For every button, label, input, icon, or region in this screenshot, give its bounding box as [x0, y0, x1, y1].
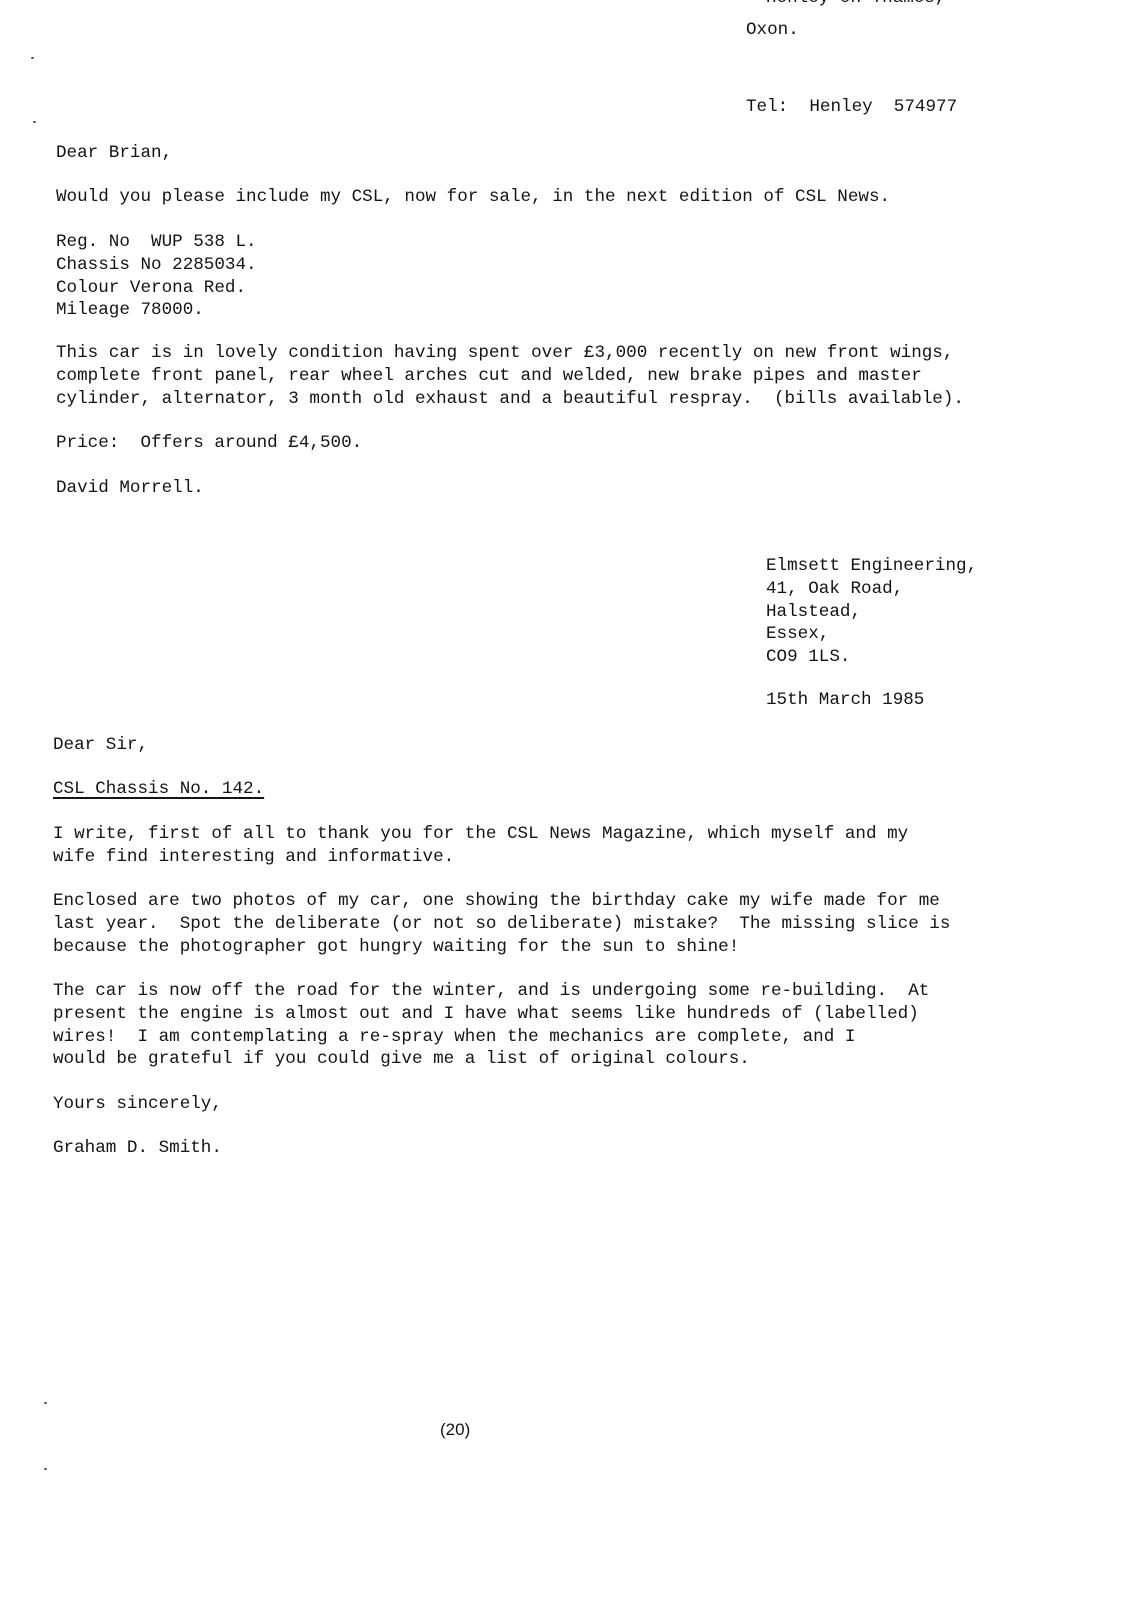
address-line: Halstead,: [766, 601, 977, 624]
sender-telephone: Tel: Henley 574977: [746, 96, 957, 119]
reg-number: Reg. No WUP 538 L.: [56, 231, 257, 254]
price: Price: Offers around £4,500.: [56, 432, 362, 455]
paragraph-1: I write, first of all to thank you for t…: [53, 823, 908, 869]
paragraph-line: wife find interesting and informative.: [53, 846, 908, 869]
page-number: (20): [440, 1420, 470, 1440]
sale-request: Would you please include my CSL, now for…: [56, 186, 890, 209]
salutation-2: Dear Sir,: [53, 734, 148, 757]
address-line: Elmsett Engineering,: [766, 555, 977, 578]
chassis-number: Chassis No 2285034.: [56, 254, 257, 277]
salutation-1: Dear Brian,: [56, 142, 172, 165]
signature-2: Graham D. Smith.: [53, 1137, 222, 1160]
closing: Yours sincerely,: [53, 1093, 222, 1116]
description-line: cylinder, alternator, 3 month old exhaus…: [56, 388, 964, 411]
paragraph-line: would be grateful if you could give me a…: [53, 1048, 929, 1071]
subject-line: CSL Chassis No. 142.: [53, 778, 264, 801]
signature-1: David Morrell.: [56, 477, 204, 500]
paragraph-line: wires! I am contemplating a re-spray whe…: [53, 1026, 929, 1049]
sender-address-cutoff: Henley-on-Thames,: [766, 0, 946, 10]
address-line: 41, Oak Road,: [766, 578, 977, 601]
paragraph-line: Enclosed are two photos of my car, one s…: [53, 890, 950, 913]
address-line: CO9 1LS.: [766, 646, 977, 669]
car-details: Reg. No WUP 538 L. Chassis No 2285034. C…: [56, 231, 257, 322]
paragraph-3: The car is now off the road for the wint…: [53, 980, 929, 1071]
paragraph-2: Enclosed are two photos of my car, one s…: [53, 890, 950, 958]
paragraph-line: last year. Spot the deliberate (or not s…: [53, 913, 950, 936]
address-line: Essex,: [766, 623, 977, 646]
car-description: This car is in lovely condition having s…: [56, 342, 964, 410]
paragraph-line: I write, first of all to thank you for t…: [53, 823, 908, 846]
scan-speck: [31, 57, 34, 59]
scan-speck: [33, 121, 36, 123]
mileage: Mileage 78000.: [56, 299, 257, 322]
sender-county: Oxon.: [746, 19, 799, 42]
sender-address-2: Elmsett Engineering, 41, Oak Road, Halst…: [766, 555, 977, 669]
letter-date: 15th March 1985: [766, 689, 924, 712]
paragraph-line: present the engine is almost out and I h…: [53, 1003, 929, 1026]
scan-speck: [44, 1402, 47, 1404]
description-line: complete front panel, rear wheel arches …: [56, 365, 964, 388]
colour: Colour Verona Red.: [56, 277, 257, 300]
description-line: This car is in lovely condition having s…: [56, 342, 964, 365]
paragraph-line: The car is now off the road for the wint…: [53, 980, 929, 1003]
scan-speck: [44, 1468, 47, 1470]
document-page: Henley-on-Thames, Oxon. Tel: Henley 5749…: [0, 0, 1130, 1600]
paragraph-line: because the photographer got hungry wait…: [53, 936, 950, 959]
